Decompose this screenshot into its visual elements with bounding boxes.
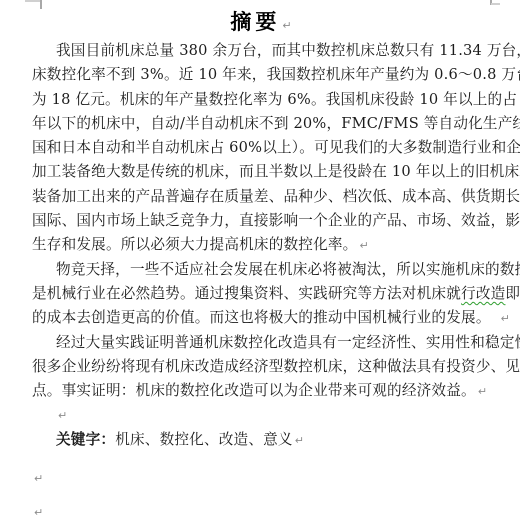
paragraph-mark-icon: ↵	[34, 472, 43, 485]
paragraph-1-line-4: 年以下的机床中，自动/半自动机床不到 20%，FMC/FMS 等自动化生产线更屈…	[32, 112, 490, 136]
paragraph-1-line-9-text: 生存和发展。所以必须大力提高机床的数控化率。	[32, 236, 357, 253]
paragraph-1-line-2: 床数控化率不到 3%。近 10 年来，我国数控机床年产量约为 0.6～0.8 万…	[32, 63, 490, 87]
margin-mark-top-right-horizontal	[491, 3, 500, 5]
paragraph-1-line-3: 为 18 亿元。机床的年产量数控化率为 6%。我国机床役龄 10 年以上的占 6…	[32, 88, 490, 112]
document-title: 摘要	[230, 9, 280, 34]
paragraph-1-line-1: 我国目前机床总量 380 余万台，而其中数控机床总数只有 11.34 万台，即我…	[32, 39, 490, 63]
paragraph-3-line-3: 点。事实证明：机床的数控化改造可以为企业带来可观的经济效益。↵	[32, 379, 490, 403]
document-page[interactable]: 摘要↵ 我国目前机床总量 380 余万台，而其中数控机床总数只有 11.34 万…	[0, 0, 520, 519]
paragraph-mark-icon: ↵	[58, 409, 67, 422]
paragraph-1-line-9: 生存和发展。所以必须大力提高机床的数控化率。↵	[32, 233, 490, 257]
paragraph-1-line-6: 加工装备绝大数是传统的机床，而且半数以上是役龄在 10 年以上的旧机床。用这种	[32, 160, 490, 184]
paragraph-mark-icon: ↵	[359, 239, 368, 252]
paragraph-3-line-1: 经过大量实践证明普通机床数控化改造具有一定经济性、实用性和稳定性。所以	[32, 331, 490, 355]
paragraph-1-line-8: 国际、国内市场上缺乏竞争力，直接影响一个企业的产品、市场、效益，影响企业的	[32, 209, 490, 233]
empty-paragraph: ↵	[32, 500, 490, 519]
spellcheck-flagged-text: 行改造	[461, 285, 505, 302]
paragraph-2-line-2-post: 即是用较少	[505, 285, 520, 302]
paragraph-2-line-2-pre: 是机械行业在必然趋势。通过搜集资料、实践研究等方法对机床就	[32, 285, 461, 302]
paragraph-2-line-1: 物竞天择，一些不适应社会发展在机床必将被淘汰，所以实施机床的数控化改造	[32, 258, 490, 282]
document-content: 摘要↵ 我国目前机床总量 380 余万台，而其中数控机床总数只有 11.34 万…	[32, 0, 490, 519]
paragraph-mark-icon: ↵	[501, 312, 510, 325]
paragraph-mark-icon: ↵	[295, 434, 304, 447]
paragraph-3-line-3-text: 点。事实证明：机床的数控化改造可以为企业带来可观的经济效益。	[32, 382, 476, 399]
title-row: 摘要↵	[32, 0, 490, 39]
paragraph-2-line-3: 的成本去创造更高的价值。而这也将极大的推动中国机械行业的发展。↵	[32, 306, 490, 330]
empty-paragraph: ↵	[32, 403, 490, 427]
keywords-label: 关键字：	[56, 431, 115, 448]
paragraph-2-line-2: 是机械行业在必然趋势。通过搜集资料、实践研究等方法对机床就行改造即是用较少	[32, 282, 490, 306]
paragraph-1-line-7: 装备加工出来的产品普遍存在质量差、品种少、档次低、成本高、供货期长，从而在	[32, 185, 490, 209]
empty-paragraph: ↵	[32, 466, 490, 490]
paragraph-1-line-5: 国和日本自动和半自动机床占 60%以上）。可见我们的大多数制造行业和企业的生产、	[32, 136, 490, 160]
keywords-line: 关键字：机床、数控化、改造、意义↵	[32, 428, 490, 452]
vertical-spacer	[32, 490, 490, 500]
paragraph-2-line-3-text: 的成本去创造更高的价值。而这也将极大的推动中国机械行业的发展。	[32, 309, 491, 326]
paragraph-mark-icon: ↵	[34, 506, 43, 519]
keywords-text: 机床、数控化、改造、意义	[115, 431, 293, 448]
paragraph-mark-icon: ↵	[282, 19, 291, 32]
paragraph-mark-icon: ↵	[478, 385, 487, 398]
paragraph-3-line-2: 很多企业纷纷将现有机床改造成经济型数控机床，这种做法具有投资少、见效快的特	[32, 355, 490, 379]
vertical-spacer	[32, 452, 490, 466]
